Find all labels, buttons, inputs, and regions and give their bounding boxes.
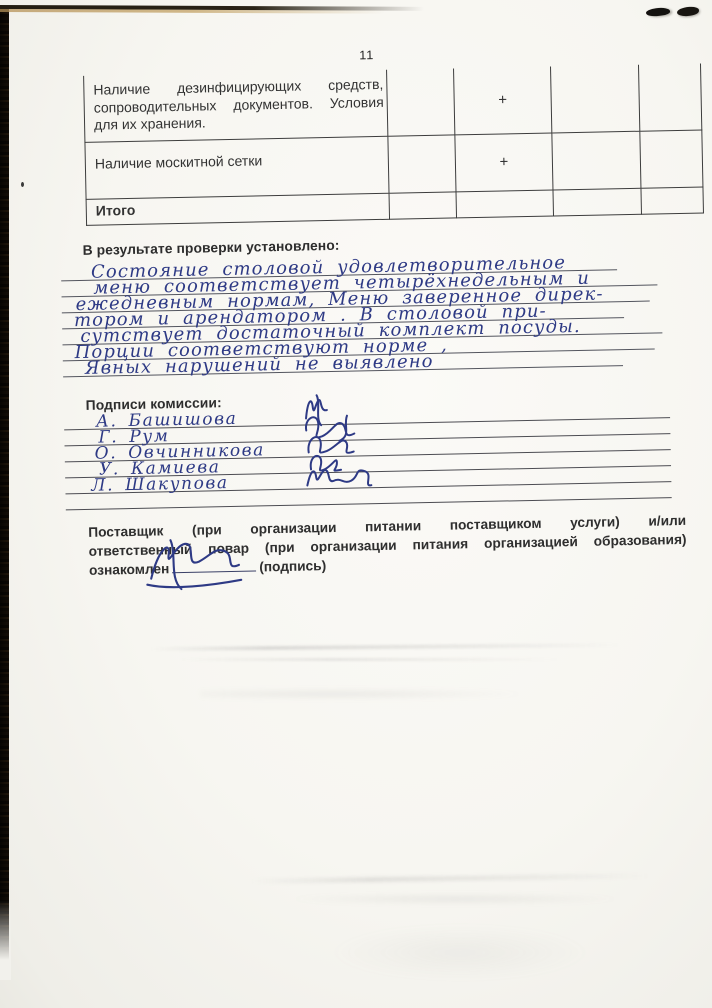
row-label-cell: Итого xyxy=(86,193,389,225)
signature-caption: (подпись) xyxy=(259,558,326,574)
row-label-cell: Наличие дезинфицирующих средств, сопрово… xyxy=(84,70,388,142)
table-cell xyxy=(456,189,554,217)
committee-signatures-block: А. Башишова Г. Рум О. Овчинникова У. Кам… xyxy=(64,402,672,510)
page-number: 11 xyxy=(353,48,381,63)
footer-acknowledgement: Поставщик (при организации питании поста… xyxy=(88,512,687,580)
table-cell xyxy=(640,129,703,187)
results-heading: В результате проверки установлено: xyxy=(82,238,339,258)
document-content: 11 Наличие дезинфицирующих средств, сопр… xyxy=(0,0,712,1008)
table-cell xyxy=(551,65,640,133)
table-cell xyxy=(638,63,701,130)
table-cell xyxy=(389,191,457,218)
table-cell xyxy=(641,186,704,213)
table-cell xyxy=(387,68,455,135)
scanned-document-page: 11 Наличие дезинфицирующих средств, сопр… xyxy=(0,0,712,1008)
inspection-checklist-table: Наличие дезинфицирующих средств, сопрово… xyxy=(83,63,704,225)
table-row: Наличие дезинфицирующих средств, сопрово… xyxy=(84,63,702,141)
table-cell xyxy=(388,134,456,192)
supplier-signature-icon xyxy=(140,532,259,596)
handwritten-results-block: Состояние столовой удовлетворительное ме… xyxy=(61,253,665,377)
table-cell xyxy=(553,188,642,216)
table-cell xyxy=(552,131,641,190)
scan-edge-fade xyxy=(0,900,11,980)
table-cell-plus-mark: + xyxy=(455,132,553,191)
row-label-cell: Наличие москитной сетки xyxy=(85,136,389,199)
table-cell-plus-mark: + xyxy=(454,67,552,135)
